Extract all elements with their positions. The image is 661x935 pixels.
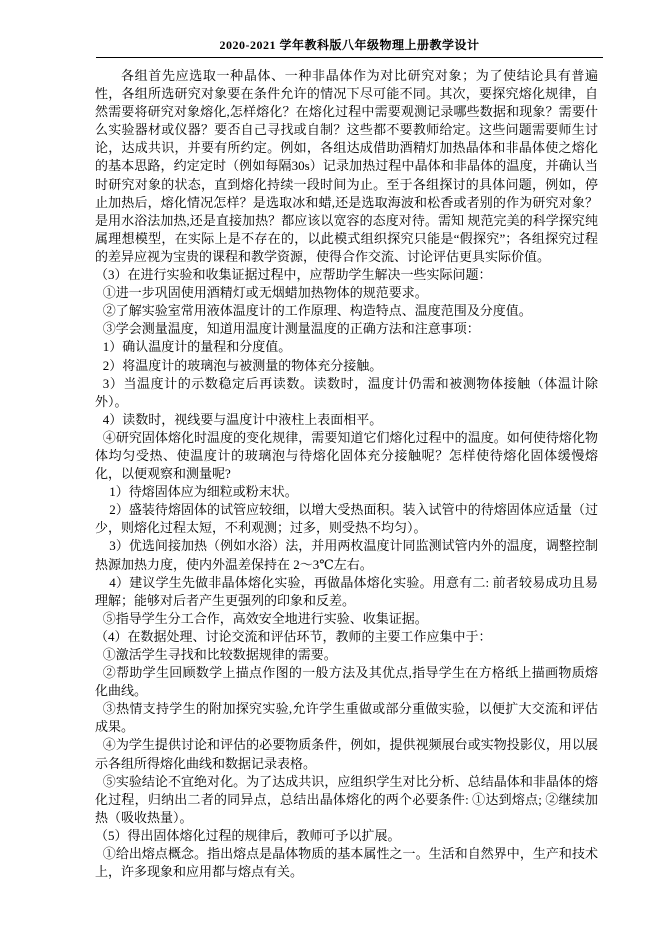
paragraph: 1）待熔固体应为细粒或粉末状。 [95,483,598,501]
paragraph: ②了解实验室常用液体温度计的工作原理、构造特点、温度范围及分度值。 [95,302,598,320]
paragraph: ③学会测量温度，知道用温度计测量温度的正确方法和注意事项： [95,320,598,338]
page-header: 2020-2021 学年教科版八年级物理上册教学设计 [96,0,603,58]
paragraph: ⑤实验结论不宜绝对化。为了达成共识，应组织学生对比分析、总结晶体和非晶体的熔化过… [95,773,598,827]
paragraph: （5）得出固体熔化过程的规律后，教师可予以扩展。 [95,827,598,845]
paragraph: 1）确认温度计的量程和分度值。 [95,338,598,356]
paragraph: ①给出熔点概念。指出熔点是晶体物质的基本属性之一。生活和自然界中，生产和技术上，… [95,845,598,881]
paragraph: 各组首先应选取一种晶体、一种非晶体作为对比研究对象；为了使结论具有普遍性，各组所… [95,67,598,266]
paragraph: （4）在数据处理、讨论交流和评估环节，教师的主要工作应集中于： [95,628,598,646]
page-header-title: 2020-2021 学年教科版八年级物理上册教学设计 [220,38,480,52]
document-page: 2020-2021 学年教科版八年级物理上册教学设计 各组首先应选取一种晶体、一… [0,0,661,935]
document-body: 各组首先应选取一种晶体、一种非晶体作为对比研究对象；为了使结论具有普遍性，各组所… [95,58,598,881]
paragraph: 3）优选间接加热（例如水浴）法，并用两枚温度计同监测试管内外的温度，调整控制热源… [95,537,598,573]
paragraph: ④为学生提供讨论和评估的必要物质条件，例如，提供视频展台或实物投影仪，用以展示各… [95,736,598,772]
paragraph: 2）将温度计的玻璃泡与被测量的物体充分接触。 [95,357,598,375]
paragraph: ①进一步巩固使用酒精灯或无烟蜡加热物体的规范要求。 [95,284,598,302]
paragraph: ④研究固体熔化时温度的变化规律，需要知道它们熔化过程中的温度。如何使待熔化物体均… [95,429,598,483]
paragraph: 4）读数时，视线要与温度计中液柱上表面相平。 [95,411,598,429]
paragraph: 4）建议学生先做非晶体熔化实验，再做晶体熔化实验。用意有二: 前者较易成功且易理… [95,574,598,610]
paragraph: 3）当温度计的示数稳定后再读数。读数时，温度计仍需和被测物体接触（体温计除外）。 [95,375,598,411]
paragraph: ②帮助学生回顾数学上描点作图的一般方法及其优点,指导学生在方格纸上描画物质熔化曲… [95,664,598,700]
paragraph: 2）盛装待熔固体的试管应较细，以增大受热面积。装入试管中的待熔固体应适量（过少，… [95,501,598,537]
paragraph: ①激活学生寻找和比较数据规律的需要。 [95,646,598,664]
paragraph: ③热情支持学生的附加探究实验,允许学生重做或部分重做实验，以便扩大交流和评估成果… [95,700,598,736]
paragraph: ⑤指导学生分工合作，高效安全地进行实验、收集证据。 [95,610,598,628]
paragraph: （3）在进行实验和收集证据过程中，应帮助学生解决一些实际问题： [95,266,598,284]
